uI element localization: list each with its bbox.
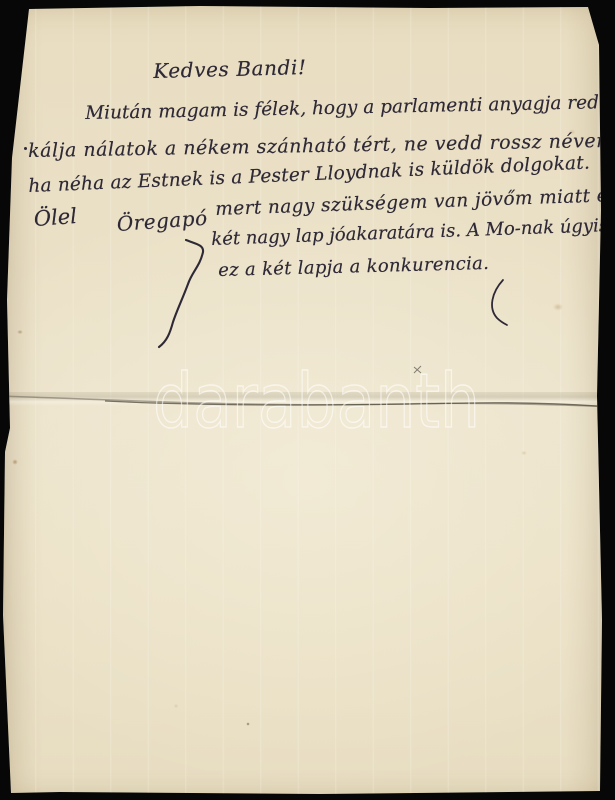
ink-blot-dot <box>24 147 27 150</box>
letter-paper: Kedves Bandi! Miután magam is félek, hog… <box>0 0 615 800</box>
greeting-line: Kedves Bandi! <box>153 55 307 83</box>
photo-backdrop: Kedves Bandi! Miután magam is félek, hog… <box>0 0 615 800</box>
closing-word: Ölel <box>33 204 78 231</box>
